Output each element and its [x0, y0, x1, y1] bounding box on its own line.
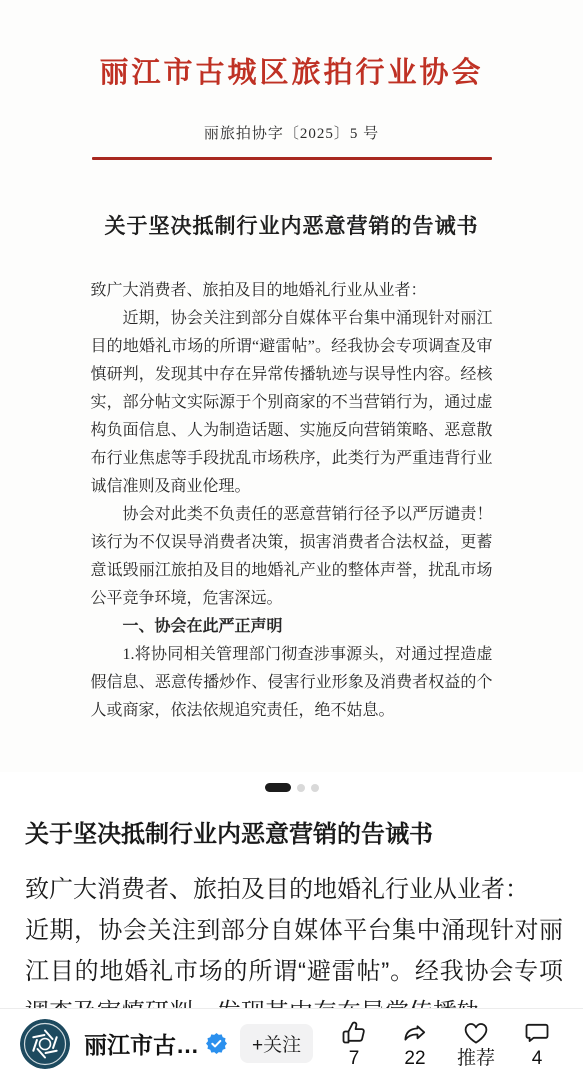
like-button[interactable]: 7 [330, 1019, 378, 1069]
post-title: 关于坚决抵制行业内恶意营销的告诫书 [25, 818, 563, 852]
doc-paragraph: 1.将协同相关管理部门彻查涉事源头，对通过捏造虚假信息、恶意传播炒作、侵害行业形… [91, 641, 493, 725]
doc-paragraph: 协会对此类不负责任的恶意营销行径予以严厉谴责！该行为不仅误导消费者决策，损害消费… [91, 501, 493, 613]
heart-icon [462, 1019, 490, 1047]
comment-bubble-icon [523, 1019, 551, 1047]
recommend-button[interactable]: 推荐 [452, 1019, 500, 1069]
share-button[interactable]: 22 [391, 1019, 439, 1069]
recommend-label: 推荐 [457, 1049, 495, 1069]
share-arrow-icon [401, 1019, 429, 1047]
document-image[interactable]: 丽江市古城区旅拍行业协会 丽旅拍协字〔2025〕5 号 关于坚决抵制行业内恶意营… [0, 0, 583, 772]
follow-button[interactable]: +关注 [240, 1024, 313, 1063]
doc-red-divider [92, 157, 492, 160]
action-buttons: 7 22 推荐 4 [330, 1019, 561, 1069]
account-name[interactable]: 丽江市古… [84, 1027, 199, 1060]
doc-paragraph: 近期，协会关注到部分自媒体平台集中涌现针对丽江目的地婚礼市场的所谓“避雷帖”。经… [91, 305, 493, 501]
like-count: 7 [349, 1049, 360, 1069]
doc-salutation: 致广大消费者、旅拍及目的地婚礼行业从业者： [91, 277, 493, 305]
post-caption: 关于坚决抵制行业内恶意营销的告诫书 致广大消费者、旅拍及目的地婚礼行业从业者： … [25, 818, 563, 1033]
carousel-dot [297, 784, 305, 792]
avatar[interactable] [20, 1019, 70, 1069]
comment-button[interactable]: 4 [513, 1019, 561, 1069]
doc-title: 关于坚决抵制行业内恶意营销的告诫书 [0, 210, 583, 240]
doc-number: 丽旅拍协字〔2025〕5 号 [0, 122, 583, 143]
doc-body: 致广大消费者、旅拍及目的地婚礼行业从业者： 近期，协会关注到部分自媒体平台集中涌… [91, 277, 493, 725]
carousel-dot-active [265, 783, 291, 792]
footer-bar: 丽江市古… +关注 7 22 [0, 1008, 583, 1078]
thumbs-up-icon [340, 1019, 368, 1047]
verified-badge-icon [206, 1033, 227, 1054]
share-count: 22 [404, 1049, 425, 1069]
doc-section-heading: 一、协会在此严正声明 [91, 613, 493, 641]
comment-count: 4 [532, 1049, 543, 1069]
carousel-dot [311, 784, 319, 792]
carousel-indicator [0, 783, 583, 792]
post-detail-screen: 丽江市古城区旅拍行业协会 丽旅拍协字〔2025〕5 号 关于坚决抵制行业内恶意营… [0, 0, 583, 1078]
aperture-logo-icon [20, 1019, 70, 1069]
doc-org-title: 丽江市古城区旅拍行业协会 [0, 50, 583, 91]
